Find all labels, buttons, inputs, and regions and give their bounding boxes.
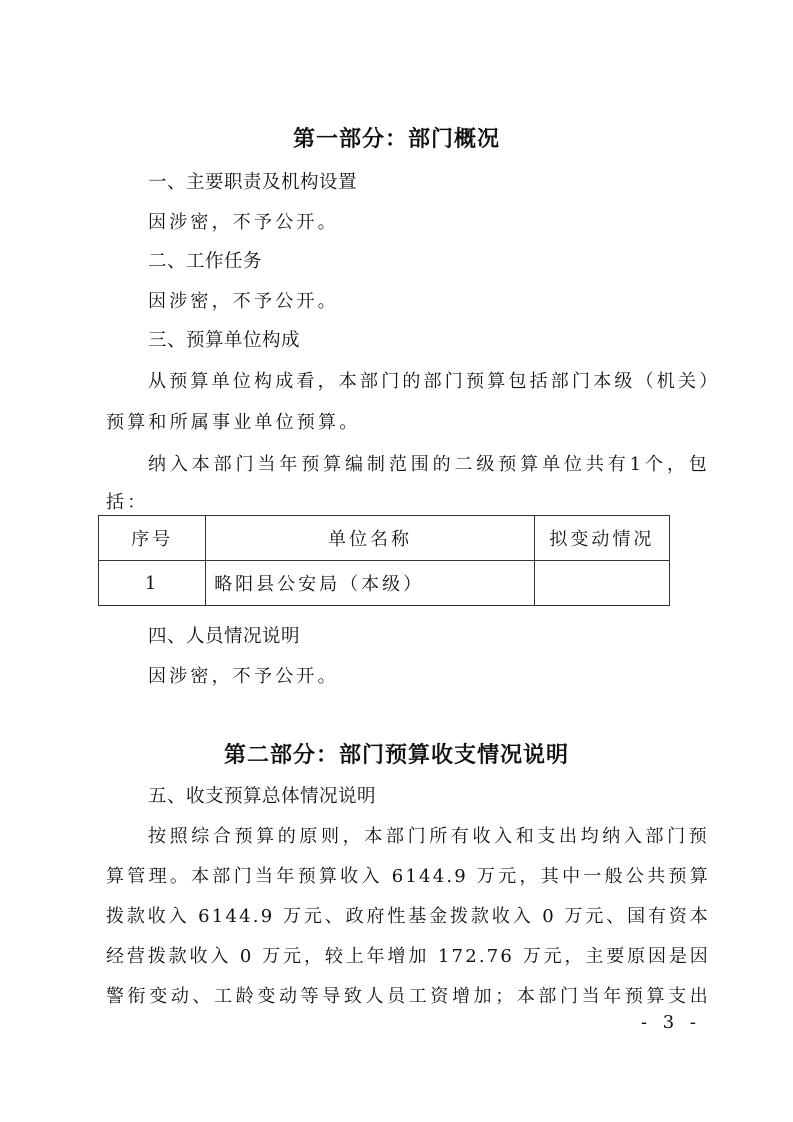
cell-unit-name: 略阳县公安局（本级） <box>206 561 535 606</box>
page-number: - 3 - <box>641 1012 701 1033</box>
table-row: 1 略阳县公安局（本级） <box>99 561 670 606</box>
section5-line1: 按照综合预算的原则，本部门所有收入和支出均纳入部门预 <box>148 822 710 848</box>
section2-heading: 二、工作任务 <box>148 247 262 273</box>
composition-para2-line2: 括： <box>106 488 148 514</box>
section1-heading: 一、主要职责及机构设置 <box>148 168 357 194</box>
section3-heading: 三、预算单位构成 <box>148 326 300 352</box>
section4-text: 因涉密，不予公开。 <box>148 662 339 688</box>
part1-title: 第一部分：部门概况 <box>0 122 793 153</box>
header-unit-name: 单位名称 <box>206 516 535 561</box>
document-page: 第一部分：部门概况 一、主要职责及机构设置 因涉密，不予公开。 二、工作任务 因… <box>0 0 793 1122</box>
header-seq: 序号 <box>99 516 206 561</box>
composition-para2-line1: 纳入本部门当年预算编制范围的二级预算单位共有1个，包 <box>148 450 710 476</box>
section5-line4: 经营拨款收入 0 万元，较上年增加 172.76 万元，主要原因是因 <box>106 942 710 968</box>
table-header-row: 序号 单位名称 拟变动情况 <box>99 516 670 561</box>
section2-text: 因涉密，不予公开。 <box>148 287 339 313</box>
composition-para1-line2: 预算和所属事业单位预算。 <box>106 408 360 434</box>
cell-seq: 1 <box>99 561 206 606</box>
section5-heading: 五、收支预算总体情况说明 <box>148 782 376 808</box>
part2-title: 第二部分：部门预算收支情况说明 <box>0 738 793 769</box>
section4-heading: 四、人员情况说明 <box>148 622 300 648</box>
cell-planned-change <box>534 561 669 606</box>
header-planned-change: 拟变动情况 <box>534 516 669 561</box>
composition-para1-line1: 从预算单位构成看，本部门的部门预算包括部门本级（机关） <box>148 367 710 393</box>
section5-line5: 警衔变动、工龄变动等导致人员工资增加；本部门当年预算支出 <box>106 982 710 1008</box>
section5-line2: 算管理。本部门当年预算收入 6144.9 万元，其中一般公共预算 <box>106 862 710 888</box>
section5-line3: 拨款收入 6144.9 万元、政府性基金拨款收入 0 万元、国有资本 <box>106 902 710 928</box>
section1-text: 因涉密，不予公开。 <box>148 208 339 234</box>
budget-units-table: 序号 单位名称 拟变动情况 1 略阳县公安局（本级） <box>98 515 670 606</box>
